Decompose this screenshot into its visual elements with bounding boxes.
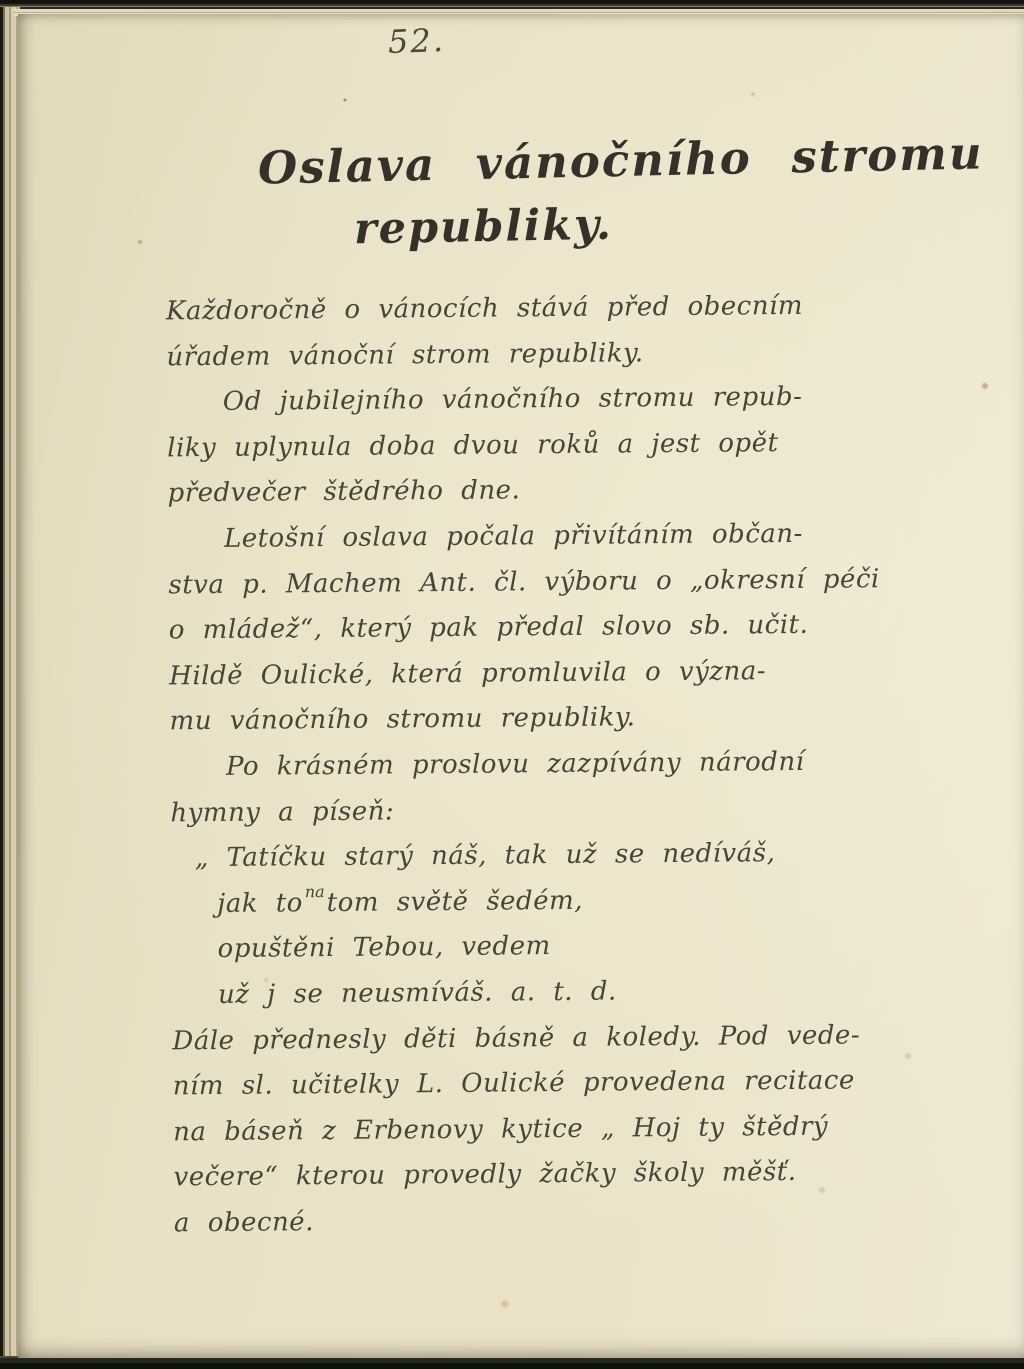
verse-line: opuštěni Tebou, vedem bbox=[171, 921, 951, 973]
text-line: ním sl. učitelky L. Oulické provedena re… bbox=[173, 1058, 953, 1110]
text-line: liky uplynula doba dvou roků a jest opět bbox=[167, 419, 947, 471]
book-page-stack-edge bbox=[0, 7, 20, 1358]
text-line: mu vánočního stromu republiky. bbox=[169, 693, 949, 745]
verse-line-with-insertion: jak tonatom světě šedém, bbox=[171, 875, 951, 927]
page-title-second-line: republiky. bbox=[354, 200, 614, 255]
text-line: večere“ kterou provedly žačky školy měšť… bbox=[173, 1149, 953, 1201]
text-line: úřadem vánoční strom republiky. bbox=[166, 328, 946, 380]
page-number: 52. bbox=[387, 21, 445, 61]
verse-text-before-insert: jak to bbox=[217, 888, 303, 919]
text-line: o mládež“, který pak předal slovo sb. uč… bbox=[169, 602, 949, 654]
chronicle-scan: 52. Oslava vánočního stromu republiky. K… bbox=[0, 0, 1024, 1369]
handwritten-text-block: Každoročně o vánocích stává před obecním… bbox=[166, 283, 954, 1247]
page-title: Oslava vánočního stromu bbox=[258, 126, 985, 194]
verse-text-after-insert: tom světě šedém, bbox=[327, 886, 583, 918]
text-line: Každoročně o vánocích stává před obecním bbox=[166, 283, 946, 335]
verse-line: už j se neusmíváš. a. t. d. bbox=[172, 966, 952, 1018]
text-line: Dále přednesly děti básně a koledy. Pod … bbox=[172, 1012, 952, 1064]
text-line: Hildě Oulické, která promluvila o význa- bbox=[169, 647, 949, 699]
text-line: stva p. Machem Ant. čl. výboru o „okresn… bbox=[168, 556, 948, 608]
text-line: předvečer štědrého dne. bbox=[167, 465, 947, 517]
text-line: hymny a píseň: bbox=[170, 784, 950, 836]
book-cover-top-edge bbox=[0, 0, 1024, 9]
text-line: Letošní oslava počala přivítáním občan- bbox=[168, 511, 948, 563]
chronicle-page: 52. Oslava vánočního stromu republiky. K… bbox=[18, 14, 1024, 1358]
text-line: a obecné. bbox=[174, 1194, 954, 1246]
text-line: Po krásném proslovu zazpívány národní bbox=[170, 739, 950, 791]
inserted-word-above-line: na bbox=[305, 869, 325, 915]
text-line: na báseň z Erbenovy kytice „ Hoj ty štěd… bbox=[173, 1103, 953, 1155]
text-line: Od jubilejního vánočního stromu repub- bbox=[167, 374, 947, 426]
verse-line: „ Tatíčku starý náš, tak už se nedíváš, bbox=[171, 830, 951, 882]
